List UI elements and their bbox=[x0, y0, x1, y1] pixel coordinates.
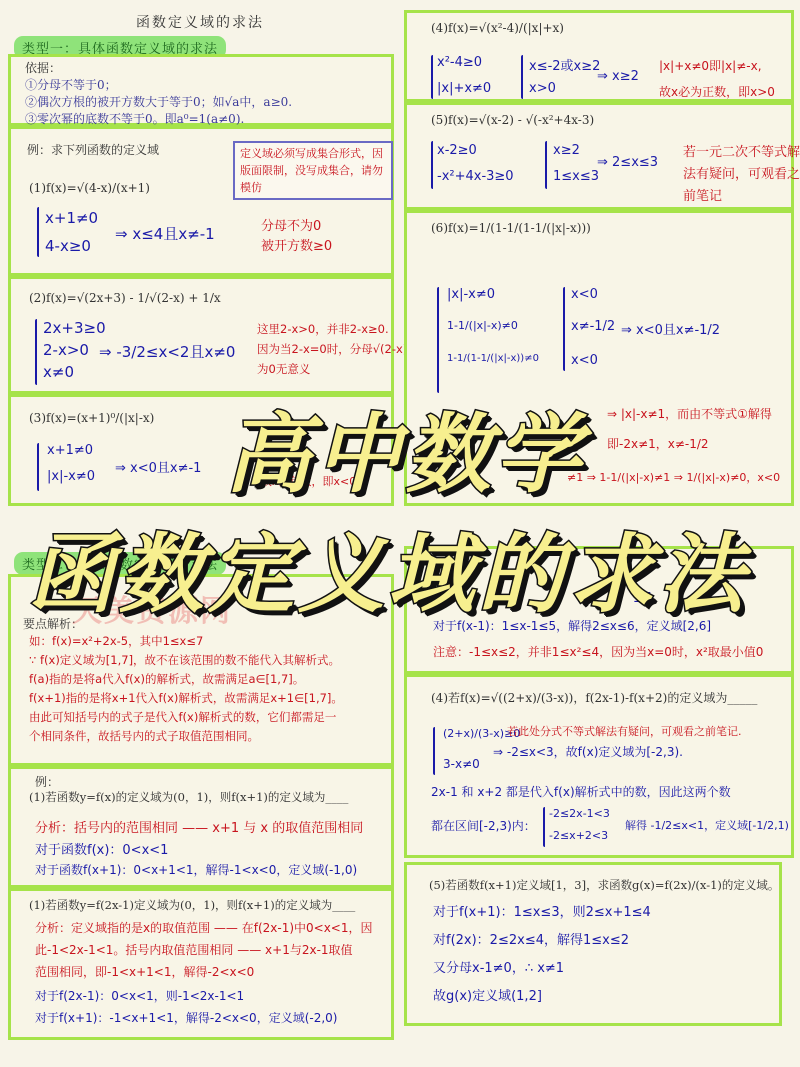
overlay-title-line2: 函数定义域的求法 bbox=[28, 505, 748, 629]
problem-4-note: 故x必为正数，即x>0 bbox=[659, 83, 775, 100]
brace bbox=[431, 55, 433, 99]
system-line: 2-x>0 bbox=[43, 341, 89, 359]
system-line: 2x+3≥0 bbox=[43, 319, 106, 337]
basis-rule-2: ②偶次方根的被开方数大于等于0；如√a中，a≥0. bbox=[25, 93, 292, 110]
problem-3-formula: (3)f(x)=(x+1)⁰/(|x|-x) bbox=[29, 411, 154, 425]
example-5-line: 故g(x)定义域(1,2] bbox=[433, 985, 542, 1004]
key-point: 个相同条件，故括号内的式子取值范围相同。 bbox=[29, 728, 259, 744]
example-4-box: (4)若f(x)=√((2+x)/(3-x))，f(2x-1)-f(x+2)的定… bbox=[404, 674, 794, 858]
brace bbox=[545, 141, 547, 189]
system-line: x-2≥0 bbox=[437, 143, 477, 158]
example-5-box: (5)若函数f(x+1)定义域[1，3]，求函数g(x)=f(2x)/(x-1)… bbox=[404, 862, 782, 1026]
system2-line: x>0 bbox=[529, 81, 556, 96]
key-point: 由此可知括号内的式子是代入f(x)解析式的数，它们都需足一 bbox=[29, 709, 336, 725]
example-4-line: 2x-1 和 x+2 都是代入f(x)解析式中的数，因此这两个数 bbox=[431, 783, 731, 800]
system-line: x+1≠0 bbox=[45, 209, 98, 227]
example-4-line: 都在区间[-2,3)内： bbox=[431, 817, 536, 834]
system-line: x≠0 bbox=[43, 363, 74, 381]
system-line: 1-1/(|x|-x)≠0 bbox=[447, 319, 518, 332]
example-2-analysis: 分析：定义域指的是x的取值范围 —— 在f(2x-1)中0<x<1，因 bbox=[35, 919, 373, 936]
basis-rule-3: ③零次幂的底数不等于0。即a⁰=1(a≠0). bbox=[25, 110, 244, 127]
example-4-line: 解得 -1/2≤x<1，定义域[-1/2,1) bbox=[625, 817, 789, 833]
problem-2-box: (2)f(x)=√(2x+3) - 1/√(2-x) + 1/x 2x+3≥0 … bbox=[8, 276, 394, 394]
problem-2-result: ⇒ -3/2≤x<2且x≠0 bbox=[99, 341, 235, 362]
problem-5-result: ⇒ 2≤x≤3 bbox=[597, 155, 658, 170]
problem-2-note: 为0无意义 bbox=[257, 361, 310, 377]
example-1-box: 例： (1)若函数y=f(x)的定义域为(0，1)，则f(x+1)的定义域为__… bbox=[8, 766, 394, 888]
system-line: |x|-x≠0 bbox=[47, 469, 95, 484]
example-5-line: 对f(2x)：2≤2x≤4，解得1≤x≤2 bbox=[433, 929, 629, 948]
problem-2-note: 因为当2-x=0时，分母√(2-x) bbox=[257, 341, 407, 357]
system2-line: -2≤2x-1<3 bbox=[549, 807, 610, 820]
problem-2-formula: (2)f(x)=√(2x+3) - 1/√(2-x) + 1/x bbox=[29, 291, 221, 305]
example-1-line: 对于函数f(x+1)：0<x+1<1，解得-1<x<0，定义域(-1,0) bbox=[35, 861, 357, 878]
system2-line: x≠-1/2 bbox=[571, 319, 615, 334]
problem-5-formula: (5)f(x)=√(x-2) - √(-x²+4x-3) bbox=[431, 113, 594, 127]
problem-4-result: ⇒ x≥2 bbox=[597, 69, 639, 84]
problem-5-note: 前笔记 bbox=[683, 185, 722, 204]
system-line: 1-1/(1-1/(|x|-x))≠0 bbox=[447, 353, 539, 364]
system2-line: 1≤x≤3 bbox=[553, 169, 599, 184]
brace bbox=[437, 287, 439, 393]
system2-line: x≤-2或x≥2 bbox=[529, 55, 600, 74]
system-line: x+1≠0 bbox=[47, 443, 93, 458]
example-4-question: (4)若f(x)=√((2+x)/(3-x))，f(2x-1)-f(x+2)的定… bbox=[431, 689, 757, 706]
example-4-note: 若此处分式不等式解法有疑问，可观看之前笔记. bbox=[507, 723, 742, 739]
problem-5-box: (5)f(x)=√(x-2) - √(-x²+4x-3) x-2≥0 -x²+4… bbox=[404, 102, 794, 210]
example-2-box: (1)若函数y=f(2x-1)定义域为(0，1)，则f(x+1)的定义域为___… bbox=[8, 888, 394, 1040]
problem-6-note: ≠1 ⇒ 1-1/(|x|-x)≠1 ⇒ 1/(|x|-x)≠0，x<0 bbox=[567, 469, 780, 485]
example-1-question: (1)若函数y=f(x)的定义域为(0，1)，则f(x+1)的定义域为____ bbox=[29, 789, 348, 805]
brace bbox=[433, 727, 435, 775]
key-point: 如：f(x)=x²+2x-5，其中1≤x≤7 bbox=[29, 633, 203, 649]
note-box: 定义域必须写成集合形式，因版面限制，没写成集合，请勿模仿 bbox=[233, 141, 393, 200]
key-point: f(x+1)指的是将x+1代入f(x)解析式，故需满足x+1∈[1,7]。 bbox=[29, 690, 343, 706]
system2-line: -2≤x+2<3 bbox=[549, 829, 608, 842]
overlay-title-line1: 高中数学 bbox=[225, 385, 585, 509]
example-4-result: ⇒ -2≤x<3，故f(x)定义域为[-2,3). bbox=[493, 743, 683, 760]
problem-4-formula: (4)f(x)=√(x²-4)/(|x|+x) bbox=[431, 21, 564, 35]
problem-6-note: ⇒ |x|-x≠1，而由不等式①解得 bbox=[607, 405, 772, 422]
brace bbox=[37, 443, 39, 491]
brace bbox=[35, 319, 37, 385]
system-line: -x²+4x-3≥0 bbox=[437, 169, 514, 184]
basis-box: 依据： ①分母不等于0； ②偶次方根的被开方数大于等于0；如√a中，a≥0. ③… bbox=[8, 54, 394, 126]
problem-5-note: 若一元二次不等式解 bbox=[683, 141, 800, 160]
system-line: x²-4≥0 bbox=[437, 55, 482, 70]
example-2-line: 对于f(2x-1)：0<x<1，则-1<2x-1<1 bbox=[35, 987, 244, 1004]
problem-6-note: 即-2x≠1，x≠-1/2 bbox=[607, 435, 709, 452]
problem-6-formula: (6)f(x)=1/(1-1/(1-1/(|x|-x))) bbox=[431, 221, 591, 235]
problem-4-box: (4)f(x)=√(x²-4)/(|x|+x) x²-4≥0 |x|+x≠0 x… bbox=[404, 10, 794, 102]
system2-line: x<0 bbox=[571, 287, 598, 302]
problem-1-note: 被开方数≥0 bbox=[261, 235, 332, 254]
brace bbox=[521, 55, 523, 99]
system-line: 3-x≠0 bbox=[443, 757, 480, 771]
problem-1-formula: (1)f(x)=√(4-x)/(x+1) bbox=[29, 181, 150, 195]
problem-4-note: |x|+x≠0即|x|≠-x, bbox=[659, 57, 762, 74]
basis-rule-1: ①分母不等于0； bbox=[25, 76, 117, 93]
example-2-question: (1)若函数y=f(2x-1)定义域为(0，1)，则f(x+1)的定义域为___… bbox=[29, 897, 355, 913]
brace bbox=[563, 287, 565, 371]
system-line: |x|+x≠0 bbox=[437, 81, 491, 96]
brace bbox=[431, 141, 433, 189]
problem-1-result: ⇒ x≤4且x≠-1 bbox=[115, 223, 215, 244]
example-2-analysis: 此-1<2x-1<1。括号内取值范围相同 —— x+1与2x-1取值 bbox=[35, 941, 353, 958]
example-5-line: 又分母x-1≠0，∴ x≠1 bbox=[433, 957, 564, 976]
brace bbox=[543, 807, 545, 847]
problem-3-result: ⇒ x<0且x≠-1 bbox=[115, 457, 201, 476]
basis-heading: 依据： bbox=[25, 59, 61, 76]
document-title: 函数定义域的求法 bbox=[0, 12, 400, 32]
problem-1-note: 分母不为0 bbox=[261, 215, 321, 234]
system2-line: x≥2 bbox=[553, 143, 580, 158]
key-point: f(a)指的是将a代入f(x)的解析式，故需满足a∈[1,7]。 bbox=[29, 671, 304, 687]
key-point: ∵ f(x)定义域为[1,7]，故不在该范围的数不能代入其解析式。 bbox=[29, 652, 340, 668]
problem-6-result: ⇒ x<0且x≠-1/2 bbox=[621, 319, 720, 338]
problem-5-note: 法有疑问，可观看之 bbox=[683, 163, 800, 182]
example-5-question: (5)若函数f(x+1)定义域[1，3]，求函数g(x)=f(2x)/(x-1)… bbox=[429, 877, 779, 893]
system-line: 4-x≥0 bbox=[45, 237, 91, 255]
example-3-note: 注意：-1≤x≤2，并非1≤x²≤4，因为当x=0时，x²取最小值0 bbox=[433, 643, 763, 660]
brace bbox=[37, 207, 39, 257]
example-2-analysis: 范围相同，即-1<x+1<1，解得-2<x<0 bbox=[35, 963, 254, 980]
example-heading: 例：求下列函数的定义域 bbox=[27, 141, 159, 158]
example-5-line: 对于f(x+1)：1≤x≤3，则2≤x+1≤4 bbox=[433, 901, 651, 920]
example-1-line: 对于函数f(x)：0<x<1 bbox=[35, 839, 168, 858]
example-2-line: 对于f(x+1)：-1<x+1<1，解得-2<x<0，定义域(-2,0) bbox=[35, 1009, 337, 1026]
system2-line: x<0 bbox=[571, 353, 598, 368]
example-1-analysis: 分析：括号内的范围相同 —— x+1 与 x 的取值范围相同 bbox=[35, 817, 363, 836]
example-heading-2: 例： bbox=[35, 773, 59, 790]
problem-2-note: 这里2-x>0，并非2-x≥0. bbox=[257, 321, 389, 337]
problem-1-box: 例：求下列函数的定义域 定义域必须写成集合形式，因版面限制，没写成集合，请勿模仿… bbox=[8, 126, 394, 276]
system-line: |x|-x≠0 bbox=[447, 287, 495, 302]
